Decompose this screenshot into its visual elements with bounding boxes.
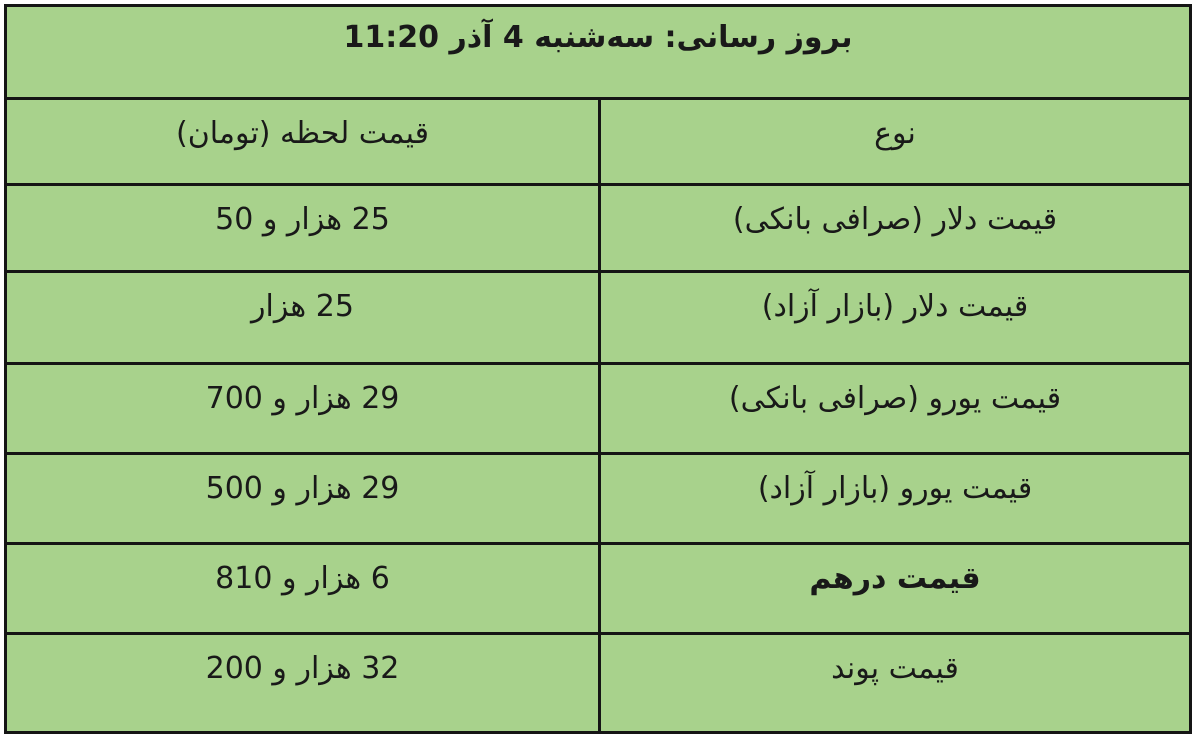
- table-row-euro-bank: قیمت یورو (صرافی بانکی) 29 هزار و 700: [7, 362, 1189, 452]
- update-time-text: بروز رسانی: سه‌شنبه 4 آذر 11:20: [7, 7, 1189, 97]
- currency-price-value: 25 هزار: [7, 273, 598, 362]
- currency-price-value: 25 هزار و 50: [7, 186, 598, 270]
- currency-type-label: قیمت پوند: [598, 635, 1189, 731]
- currency-type-label: قیمت درهم: [598, 545, 1189, 632]
- currency-price-table: بروز رسانی: سه‌شنبه 4 آذر 11:20 نوع قیمت…: [4, 4, 1192, 734]
- currency-price-value: 29 هزار و 500: [7, 455, 598, 542]
- table-row-dollar-free-market: قیمت دلار (بازار آزاد) 25 هزار: [7, 270, 1189, 362]
- type-column-header: نوع: [598, 100, 1189, 183]
- currency-type-label: قیمت یورو (صرافی بانکی): [598, 365, 1189, 452]
- currency-price-value: 29 هزار و 700: [7, 365, 598, 452]
- price-column-header: قیمت لحظه (تومان): [7, 100, 598, 183]
- table-row-dollar-bank: قیمت دلار (صرافی بانکی) 25 هزار و 50: [7, 183, 1189, 270]
- currency-type-label: قیمت دلار (صرافی بانکی): [598, 186, 1189, 270]
- currency-price-value: 6 هزار و 810: [7, 545, 598, 632]
- column-header-row: نوع قیمت لحظه (تومان): [7, 97, 1189, 183]
- update-time-row: بروز رسانی: سه‌شنبه 4 آذر 11:20: [7, 7, 1189, 97]
- currency-type-label: قیمت یورو (بازار آزاد): [598, 455, 1189, 542]
- currency-type-label: قیمت دلار (بازار آزاد): [598, 273, 1189, 362]
- table-row-euro-free-market: قیمت یورو (بازار آزاد) 29 هزار و 500: [7, 452, 1189, 542]
- currency-price-value: 32 هزار و 200: [7, 635, 598, 731]
- table-row-pound: قیمت پوند 32 هزار و 200: [7, 632, 1189, 731]
- table-row-dirham: قیمت درهم 6 هزار و 810: [7, 542, 1189, 632]
